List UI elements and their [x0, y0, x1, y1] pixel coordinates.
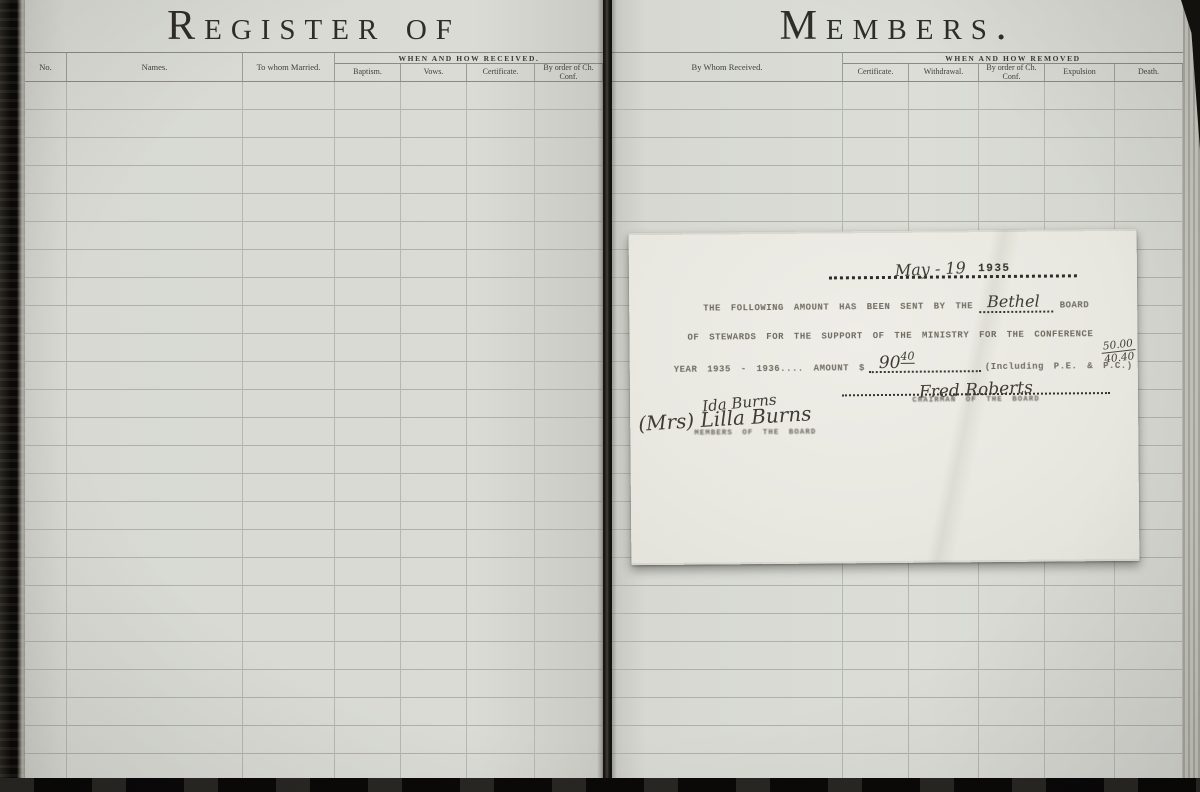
body-column-names: [67, 82, 243, 778]
body-column-no: [25, 82, 67, 778]
date-handwritten: May - 19: [895, 258, 967, 280]
column-header-certificate-removed: Certificate.: [843, 64, 909, 81]
right-table-header: By Whom Received. WHEN AND HOW REMOVED C…: [612, 52, 1183, 82]
column-header-by-order-removed: By order of Ch. Conf.: [979, 64, 1045, 81]
page-stack-edge-right: [1183, 0, 1200, 778]
column-header-by-order-received: By order of Ch. Conf.: [535, 64, 603, 81]
note-line-1-typed: THE FOLLOWING AMOUNT HAS BEEN SENT BY TH…: [703, 301, 973, 313]
members-signature-block: Ida Burns (Mrs) Lilla Burns MEMBERS OF T…: [638, 392, 816, 439]
group-subcolumns-removed: Certificate. Withdrawal. By order of Ch.…: [843, 64, 1183, 81]
amount-blank: 9040: [869, 356, 981, 373]
margin-calculation: 50.00 40.40: [1100, 337, 1137, 366]
left-table-header: No. Names. To whom Married. WHEN AND HOW…: [25, 52, 603, 82]
book-edge-bottom: [0, 778, 1200, 792]
amount-cents: 40: [900, 350, 914, 364]
column-header-to-whom-married: To whom Married.: [243, 53, 335, 81]
group-header-when-received-label: WHEN AND HOW RECEIVED.: [335, 53, 603, 64]
right-page-title: Members.: [780, 2, 1016, 50]
left-title-row: Register of: [25, 0, 603, 52]
note-line-3-typed: YEAR 1935 - 1936.... AMOUNT $: [674, 363, 865, 375]
group-subcolumns-received: Baptism. Vows. Certificate. By order of …: [335, 64, 603, 81]
note-line-1: THE FOLLOWING AMOUNT HAS BEEN SENT BY TH…: [703, 289, 1089, 313]
body-column-to-whom-married: [243, 82, 335, 778]
group-header-when-removed-label: WHEN AND HOW REMOVED: [843, 53, 1183, 64]
note-line-2-typed: OF STEWARDS FOR THE SUPPORT OF THE MINIS…: [687, 329, 1093, 343]
column-header-names: Names.: [67, 53, 243, 81]
body-column-baptism: [335, 82, 401, 778]
register-book-scan: Register of No. Names. To whom Married. …: [0, 0, 1200, 792]
amount-dollars: 90: [879, 353, 901, 373]
members-title: MEMBERS OF THE BOARD: [694, 429, 816, 438]
right-title-row: Members.: [612, 0, 1183, 52]
book-edge-left: [0, 0, 25, 792]
left-page-title: Register of: [167, 2, 461, 50]
date-line: May - 19 1935: [829, 249, 1077, 279]
note-line-2: OF STEWARDS FOR THE SUPPORT OF THE MINIS…: [687, 323, 1093, 345]
note-line-1-typed-end: BOARD: [1060, 300, 1090, 310]
body-column-vows: [401, 82, 467, 778]
column-header-no: No.: [25, 53, 67, 81]
amount-handwritten: 9040: [879, 350, 915, 373]
body-column-certificate-received: [467, 82, 535, 778]
left-table-body: [25, 82, 603, 778]
left-page: Register of No. Names. To whom Married. …: [25, 0, 603, 778]
column-header-withdrawal: Withdrawal.: [909, 64, 979, 81]
column-header-vows: Vows.: [401, 64, 467, 81]
receipt-paper: May - 19 1935 THE FOLLOWING AMOUNT HAS B…: [629, 229, 1140, 565]
column-header-death: Death.: [1115, 64, 1183, 81]
note-line-3: YEAR 1935 - 1936.... AMOUNT $ 9040 (Incl…: [674, 355, 1133, 375]
group-header-when-received: WHEN AND HOW RECEIVED. Baptism. Vows. Ce…: [335, 53, 603, 81]
date-year: 1935: [978, 263, 1011, 275]
column-header-certificate-received: Certificate.: [467, 64, 535, 81]
board-name-handwritten: Bethel: [979, 292, 1054, 314]
column-header-by-whom-received: By Whom Received.: [612, 53, 843, 81]
group-header-when-removed: WHEN AND HOW REMOVED Certificate. Withdr…: [843, 53, 1183, 81]
column-header-expulsion: Expulsion: [1045, 64, 1115, 81]
column-header-baptism: Baptism.: [335, 64, 401, 81]
body-column-by-order-received: [535, 82, 603, 778]
chairman-signature-block: Fred Roberts CHAIRMAN OF THE BOARD: [842, 379, 1110, 405]
